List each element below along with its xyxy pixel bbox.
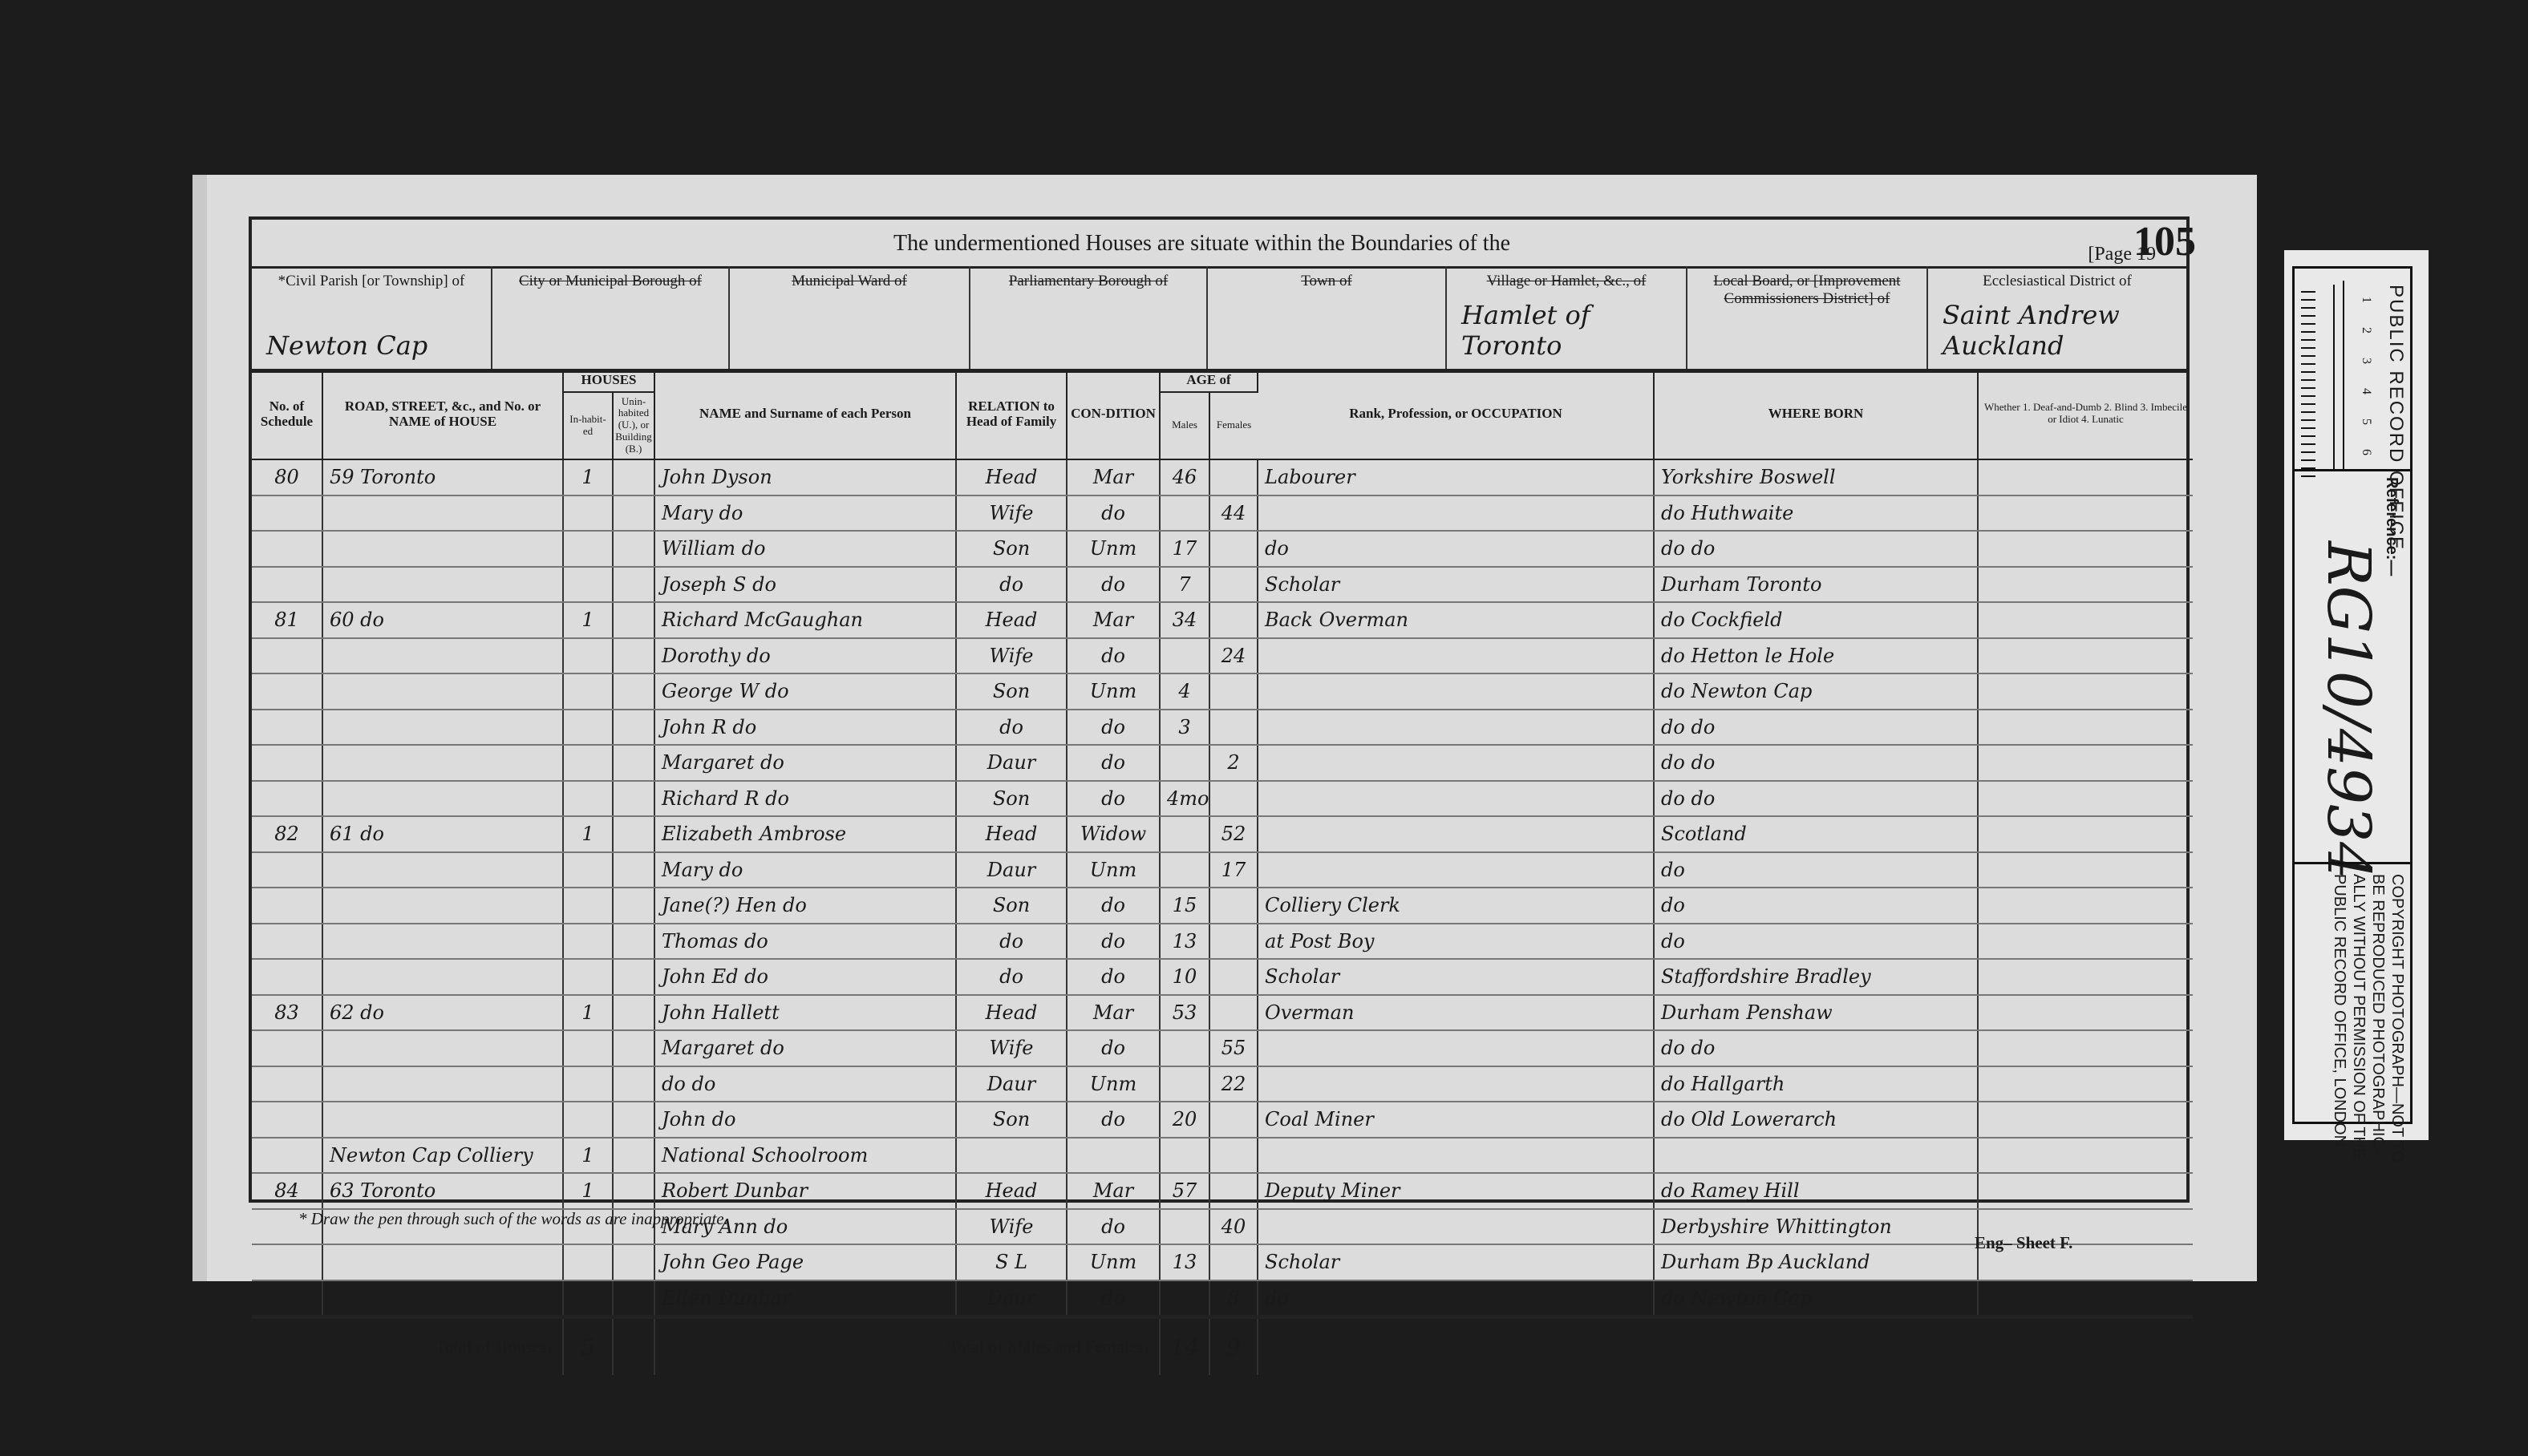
cell-inh [563,495,613,532]
cell-rel: do [956,710,1067,746]
cell-female [1209,1244,1258,1280]
cell-road [322,781,563,817]
cell-infirmity [1978,959,2193,995]
cell-male: 13 [1160,924,1209,960]
cell-cond: do [1067,924,1160,960]
table-row: Margaret doWifedo55do do [252,1030,2193,1066]
cell-occ: Coal Miner [1258,1102,1654,1138]
header-males: Males [1160,392,1209,460]
cell-road [322,1102,563,1138]
cell-cond: Unm [1067,1066,1160,1102]
cell-inh: 1 [563,602,613,638]
cell-born: Derbyshire Whittington [1654,1209,1978,1245]
cell-occ [1258,1066,1654,1102]
header-uninhabited: Unin-habited (U.), or Building (B.) [613,392,654,460]
cell-occ [1258,781,1654,817]
cell-name: Margaret do [654,1030,956,1066]
total-females: 9 [1209,1317,1258,1376]
cell-unin [613,959,654,995]
cell-born: Scotland [1654,816,1978,852]
cell-female: 24 [1209,638,1258,674]
cell-rel: Head [956,1173,1067,1209]
cell-schedule [252,1030,322,1066]
cell-cond: do [1067,1280,1160,1317]
cell-male [1160,1066,1209,1102]
cell-unin [613,781,654,817]
cell-name: Ellen Dunbar [654,1280,956,1317]
cell-unin [613,1030,654,1066]
cell-male [1160,852,1209,888]
cell-infirmity [1978,1030,2193,1066]
cell-female [1209,531,1258,567]
cell-name: Jane(?) Hen do [654,888,956,924]
cell-male: 20 [1160,1102,1209,1138]
cell-inh [563,567,613,603]
cell-occ: Overman [1258,995,1654,1031]
cell-road [322,745,563,781]
cell-infirmity [1978,888,2193,924]
table-row: do doDaurUnm22do Hallgarth [252,1066,2193,1102]
cell-infirmity [1978,816,2193,852]
cell-name: Richard R do [654,781,956,817]
cell-inh: 1 [563,1138,613,1174]
cell-road [322,710,563,746]
cell-rel: Daur [956,852,1067,888]
header-inhabited: In-habit-ed [563,392,613,460]
cell-male: 34 [1160,602,1209,638]
cell-cond: Mar [1067,1173,1160,1209]
cell-female [1209,459,1258,495]
cell-female: 22 [1209,1066,1258,1102]
cell-occ [1258,745,1654,781]
cell-schedule: 80 [252,459,322,495]
cell-inh [563,638,613,674]
cell-inh [563,745,613,781]
cell-name: Elizabeth Ambrose [654,816,956,852]
cell-cond: do [1067,781,1160,817]
cell-cond: do [1067,710,1160,746]
cell-schedule [252,567,322,603]
cell-occ [1258,1209,1654,1245]
cell-road: 60 do [322,602,563,638]
table-row: John Ed dododo10ScholarStaffordshire Bra… [252,959,2193,995]
table-row: John Geo PageS LUnm13ScholarDurham Bp Au… [252,1244,2193,1280]
cell-road [322,673,563,710]
cell-born: do [1654,924,1978,960]
cell-rel: Wife [956,638,1067,674]
cell-unin [613,1102,654,1138]
cell-female: 44 [1209,495,1258,532]
header-relation: RELATION to Head of Family [956,369,1067,459]
cell-infirmity [1978,995,2193,1031]
cell-born: Staffordshire Bradley [1654,959,1978,995]
cell-occ: at Post Boy [1258,924,1654,960]
location-value: Saint Andrew Auckland [1943,300,2186,361]
cell-schedule [252,531,322,567]
location-parliamentary-borough: Parliamentary Borough of [970,266,1208,369]
cell-male: 4mo [1160,781,1209,817]
cell-schedule [252,888,322,924]
location-village-hamlet: Village or Hamlet, &c., of Hamlet of Tor… [1447,266,1687,369]
cell-inh [563,1280,613,1317]
cell-inh [563,924,613,960]
cell-rel: Son [956,1102,1067,1138]
cell-female [1209,1173,1258,1209]
cell-occ: Back Overman [1258,602,1654,638]
cell-occ: Colliery Clerk [1258,888,1654,924]
table-row: 8362 do1John HallettHeadMar53OvermanDurh… [252,995,2193,1031]
cell-inh: 1 [563,1173,613,1209]
cell-cond: Widow [1067,816,1160,852]
cell-infirmity [1978,531,2193,567]
location-value: Newton Cap [266,330,427,361]
cell-occ [1258,852,1654,888]
cell-road [322,888,563,924]
cell-cond: Mar [1067,602,1160,638]
cell-schedule [252,852,322,888]
cell-male [1160,1030,1209,1066]
cell-schedule [252,959,322,995]
cell-road [322,1280,563,1317]
cell-cond [1067,1138,1160,1174]
cell-inh [563,673,613,710]
reference-number: RG10/4934 [2314,541,2383,880]
cell-cond: do [1067,1209,1160,1245]
cell-unin [613,816,654,852]
cell-name: Mary do [654,852,956,888]
cell-female [1209,1102,1258,1138]
cell-cond: do [1067,638,1160,674]
cell-cond: Unm [1067,673,1160,710]
cell-unin [613,1244,654,1280]
header-name: NAME and Surname of each Person [654,369,956,459]
cell-road: 62 do [322,995,563,1031]
total-persons-label: Total of Males and Females.. [654,1317,1160,1376]
cell-male: 7 [1160,567,1209,603]
cell-occ [1258,495,1654,532]
reference-label: Reference:— [2382,477,2400,576]
cell-rel: Head [956,602,1067,638]
sheet-title: The undermentioned Houses are situate wi… [893,231,1510,257]
cell-cond: do [1067,567,1160,603]
cell-born: do do [1654,745,1978,781]
cell-male: 53 [1160,995,1209,1031]
cell-male: 46 [1160,459,1209,495]
cell-born: do Hetton le Hole [1654,638,1978,674]
location-boundaries: *Civil Parish [or Township] of Newton Ca… [252,266,2186,373]
cell-female: 52 [1209,816,1258,852]
location-value: Hamlet of Toronto [1461,300,1686,361]
cell-unin [613,1066,654,1102]
cell-born: Yorkshire Boswell [1654,459,1978,495]
cell-infirmity [1978,1173,2193,1209]
cell-inh [563,852,613,888]
cell-born: do Newton Cap [1654,673,1978,710]
cell-rel: do [956,567,1067,603]
cell-name: John Hallett [654,995,956,1031]
cell-male: 17 [1160,531,1209,567]
cell-cond: Unm [1067,531,1160,567]
cell-unin [613,1173,654,1209]
cell-rel [956,1138,1067,1174]
cell-cond: do [1067,1102,1160,1138]
table-row: Newton Cap Colliery1National Schoolroom [252,1138,2193,1174]
cell-unin [613,1138,654,1174]
table-row: 8059 Toronto1John DysonHeadMar46Labourer… [252,459,2193,495]
archive-reference-label: 1 2 3 4 5 6 PUBLIC RECORD OFFICE Referen… [2284,250,2429,1140]
cell-inh [563,1102,613,1138]
scale-boxes: 1 2 3 4 5 6 [2339,285,2377,469]
cell-occ: Deputy Miner [1258,1173,1654,1209]
cell-road [322,567,563,603]
cell-schedule [252,1102,322,1138]
cell-schedule [252,1138,322,1174]
cell-occ [1258,673,1654,710]
cell-male: 10 [1160,959,1209,995]
cell-road [322,924,563,960]
cell-schedule [252,495,322,532]
printed-page-number: [Page 19 [2088,244,2156,265]
header-infirmity: Whether 1. Deaf-and-Dumb 2. Blind 3. Imb… [1978,369,2193,459]
cell-cond: do [1067,888,1160,924]
cell-male [1160,1209,1209,1245]
cell-born: Durham Toronto [1654,567,1978,603]
table-row: Ellen DunbarDaurdo8dodo Newton Cap [252,1280,2193,1317]
cell-male [1160,1138,1209,1174]
cell-female: 8 [1209,1280,1258,1317]
cell-infirmity [1978,745,2193,781]
cell-infirmity [1978,1280,2193,1317]
location-municipal-borough: City or Municipal Borough of [492,266,730,369]
cell-born: Durham Bp Auckland [1654,1244,1978,1280]
ruler-scale [2301,285,2335,469]
cell-rel: Son [956,888,1067,924]
cell-occ [1258,710,1654,746]
cell-female [1209,710,1258,746]
cell-road: 59 Toronto [322,459,563,495]
cell-born: do do [1654,710,1978,746]
totals-row: Total of Houses.. 5 Total of Males and F… [252,1317,2193,1376]
table-row: Joseph S dododo7ScholarDurham Toronto [252,567,2193,603]
cell-male [1160,1280,1209,1317]
total-houses-label: Total of Houses.. [252,1317,563,1376]
cell-inh [563,710,613,746]
cell-infirmity [1978,459,2193,495]
cell-cond: Mar [1067,459,1160,495]
cell-road [322,638,563,674]
cell-unin [613,1280,654,1317]
cell-schedule [252,924,322,960]
cell-infirmity [1978,1102,2193,1138]
cell-unin [613,567,654,603]
cell-born: do do [1654,781,1978,817]
table-row: John doSondo20Coal Minerdo Old Lowerarch [252,1102,2193,1138]
header-occupation: Rank, Profession, or OCCUPATION [1258,369,1654,459]
cell-born: do [1654,852,1978,888]
cell-infirmity [1978,673,2193,710]
cell-born: do Hallgarth [1654,1066,1978,1102]
cell-occ [1258,816,1654,852]
cell-born: do Ramey Hill [1654,1173,1978,1209]
cell-occ [1258,1138,1654,1174]
cell-unin [613,710,654,746]
cell-male: 15 [1160,888,1209,924]
cell-cond: do [1067,959,1160,995]
copyright-notice: COPYRIGHT PHOTOGRAPH—NOT TO BE REPRODUCE… [2330,874,2407,1163]
cell-occ [1258,1030,1654,1066]
cell-born: do do [1654,531,1978,567]
cell-schedule [252,710,322,746]
cell-unin [613,888,654,924]
cell-female: 17 [1209,852,1258,888]
cell-male: 4 [1160,673,1209,710]
location-civil-parish: *Civil Parish [or Township] of Newton Ca… [252,266,492,369]
table-row: Mary doDaurUnm17do [252,852,2193,888]
cell-infirmity [1978,602,2193,638]
total-males: 14 [1160,1317,1209,1376]
cell-inh [563,781,613,817]
cell-cond: do [1067,495,1160,532]
table-row: Dorothy doWifedo24do Hetton le Hole [252,638,2193,674]
cell-cond: do [1067,745,1160,781]
cell-male [1160,638,1209,674]
cell-infirmity [1978,852,2193,888]
cell-rel: Head [956,459,1067,495]
cell-name: William do [654,531,956,567]
cell-born [1654,1138,1978,1174]
table-row: 8261 do1Elizabeth AmbroseHeadWidow52Scot… [252,816,2193,852]
cell-road [322,852,563,888]
cell-infirmity [1978,495,2193,532]
header-where-born: WHERE BORN [1654,369,1978,459]
total-houses-value: 5 [563,1317,613,1376]
cell-rel: Wife [956,495,1067,532]
location-municipal-ward: Municipal Ward of [730,266,970,369]
cell-female [1209,959,1258,995]
cell-rel: Head [956,816,1067,852]
cell-cond: Mar [1067,995,1160,1031]
cell-unin [613,852,654,888]
cell-female [1209,924,1258,960]
cell-rel: Wife [956,1209,1067,1245]
cell-born: do do [1654,1030,1978,1066]
cell-born: Durham Penshaw [1654,995,1978,1031]
cell-infirmity [1978,567,2193,603]
cell-road: 61 do [322,816,563,852]
cell-female [1209,602,1258,638]
cell-female [1209,781,1258,817]
cell-unin [613,745,654,781]
cell-rel: Daur [956,745,1067,781]
cell-name: John do [654,1102,956,1138]
cell-inh [563,959,613,995]
header-females: Females [1209,392,1258,460]
cell-schedule [252,673,322,710]
cell-name: John Geo Page [654,1244,956,1280]
cell-name: do do [654,1066,956,1102]
cell-female: 55 [1209,1030,1258,1066]
cell-unin [613,495,654,532]
footnote: * Draw the pen through such of the words… [298,1209,728,1229]
cell-infirmity [1978,1066,2193,1102]
cell-rel: S L [956,1244,1067,1280]
cell-schedule [252,781,322,817]
cell-female: 2 [1209,745,1258,781]
cell-occ: do [1258,531,1654,567]
cell-schedule: 81 [252,602,322,638]
cell-unin [613,995,654,1031]
cell-name: John R do [654,710,956,746]
table-row: Mary doWifedo44do Huthwaite [252,495,2193,532]
cell-female [1209,673,1258,710]
table-row: John R dododo3do do [252,710,2193,746]
cell-occ: Scholar [1258,959,1654,995]
cell-unin [613,673,654,710]
census-enumeration-sheet: The undermentioned Houses are situate wi… [249,216,2190,1203]
location-town: Town of [1208,266,1447,369]
cell-infirmity [1978,638,2193,674]
cell-rel: do [956,959,1067,995]
household-rows: 8059 Toronto1John DysonHeadMar46Labourer… [252,459,2193,1317]
header-houses: HOUSES [563,369,654,392]
cell-female [1209,1138,1258,1174]
cell-name: Dorothy do [654,638,956,674]
cell-unin [613,531,654,567]
cell-rel: Head [956,995,1067,1031]
cell-female [1209,888,1258,924]
table-row: Margaret doDaurdo2do do [252,745,2193,781]
cell-cond: Unm [1067,1244,1160,1280]
cell-road: Newton Cap Colliery [322,1138,563,1174]
cell-cond: do [1067,1030,1160,1066]
cell-infirmity [1978,924,2193,960]
cell-inh: 1 [563,459,613,495]
cell-rel: Wife [956,1030,1067,1066]
table-row: Thomas dododo13at Post Boydo [252,924,2193,960]
cell-schedule: 83 [252,995,322,1031]
cell-rel: Son [956,781,1067,817]
cell-occ: Labourer [1258,459,1654,495]
cell-schedule [252,1066,322,1102]
table-row: 8160 do1Richard McGaughanHeadMar34Back O… [252,602,2193,638]
cell-name: Thomas do [654,924,956,960]
cell-female [1209,567,1258,603]
cell-road [322,495,563,532]
cell-male: 3 [1160,710,1209,746]
cell-name: John Dyson [654,459,956,495]
cell-name: Richard McGaughan [654,602,956,638]
cell-rel: Son [956,531,1067,567]
cell-born: do [1654,888,1978,924]
cell-schedule [252,638,322,674]
table-row: 8463 Toronto1Robert DunbarHeadMar57Deput… [252,1173,2193,1209]
cell-inh: 1 [563,816,613,852]
header-schedule: No. of Schedule [252,369,322,459]
cell-name: John Ed do [654,959,956,995]
cell-male: 13 [1160,1244,1209,1280]
cell-occ: Scholar [1258,1244,1654,1280]
cell-road [322,959,563,995]
cell-name: Joseph S do [654,567,956,603]
cell-name: Robert Dunbar [654,1173,956,1209]
cell-infirmity [1978,1138,2193,1174]
cell-male [1160,816,1209,852]
cell-occ: Scholar [1258,567,1654,603]
cell-inh [563,531,613,567]
cell-name: National Schoolroom [654,1138,956,1174]
sheet-mark: Eng– Sheet F. [1975,1233,2072,1253]
cell-inh: 1 [563,995,613,1031]
